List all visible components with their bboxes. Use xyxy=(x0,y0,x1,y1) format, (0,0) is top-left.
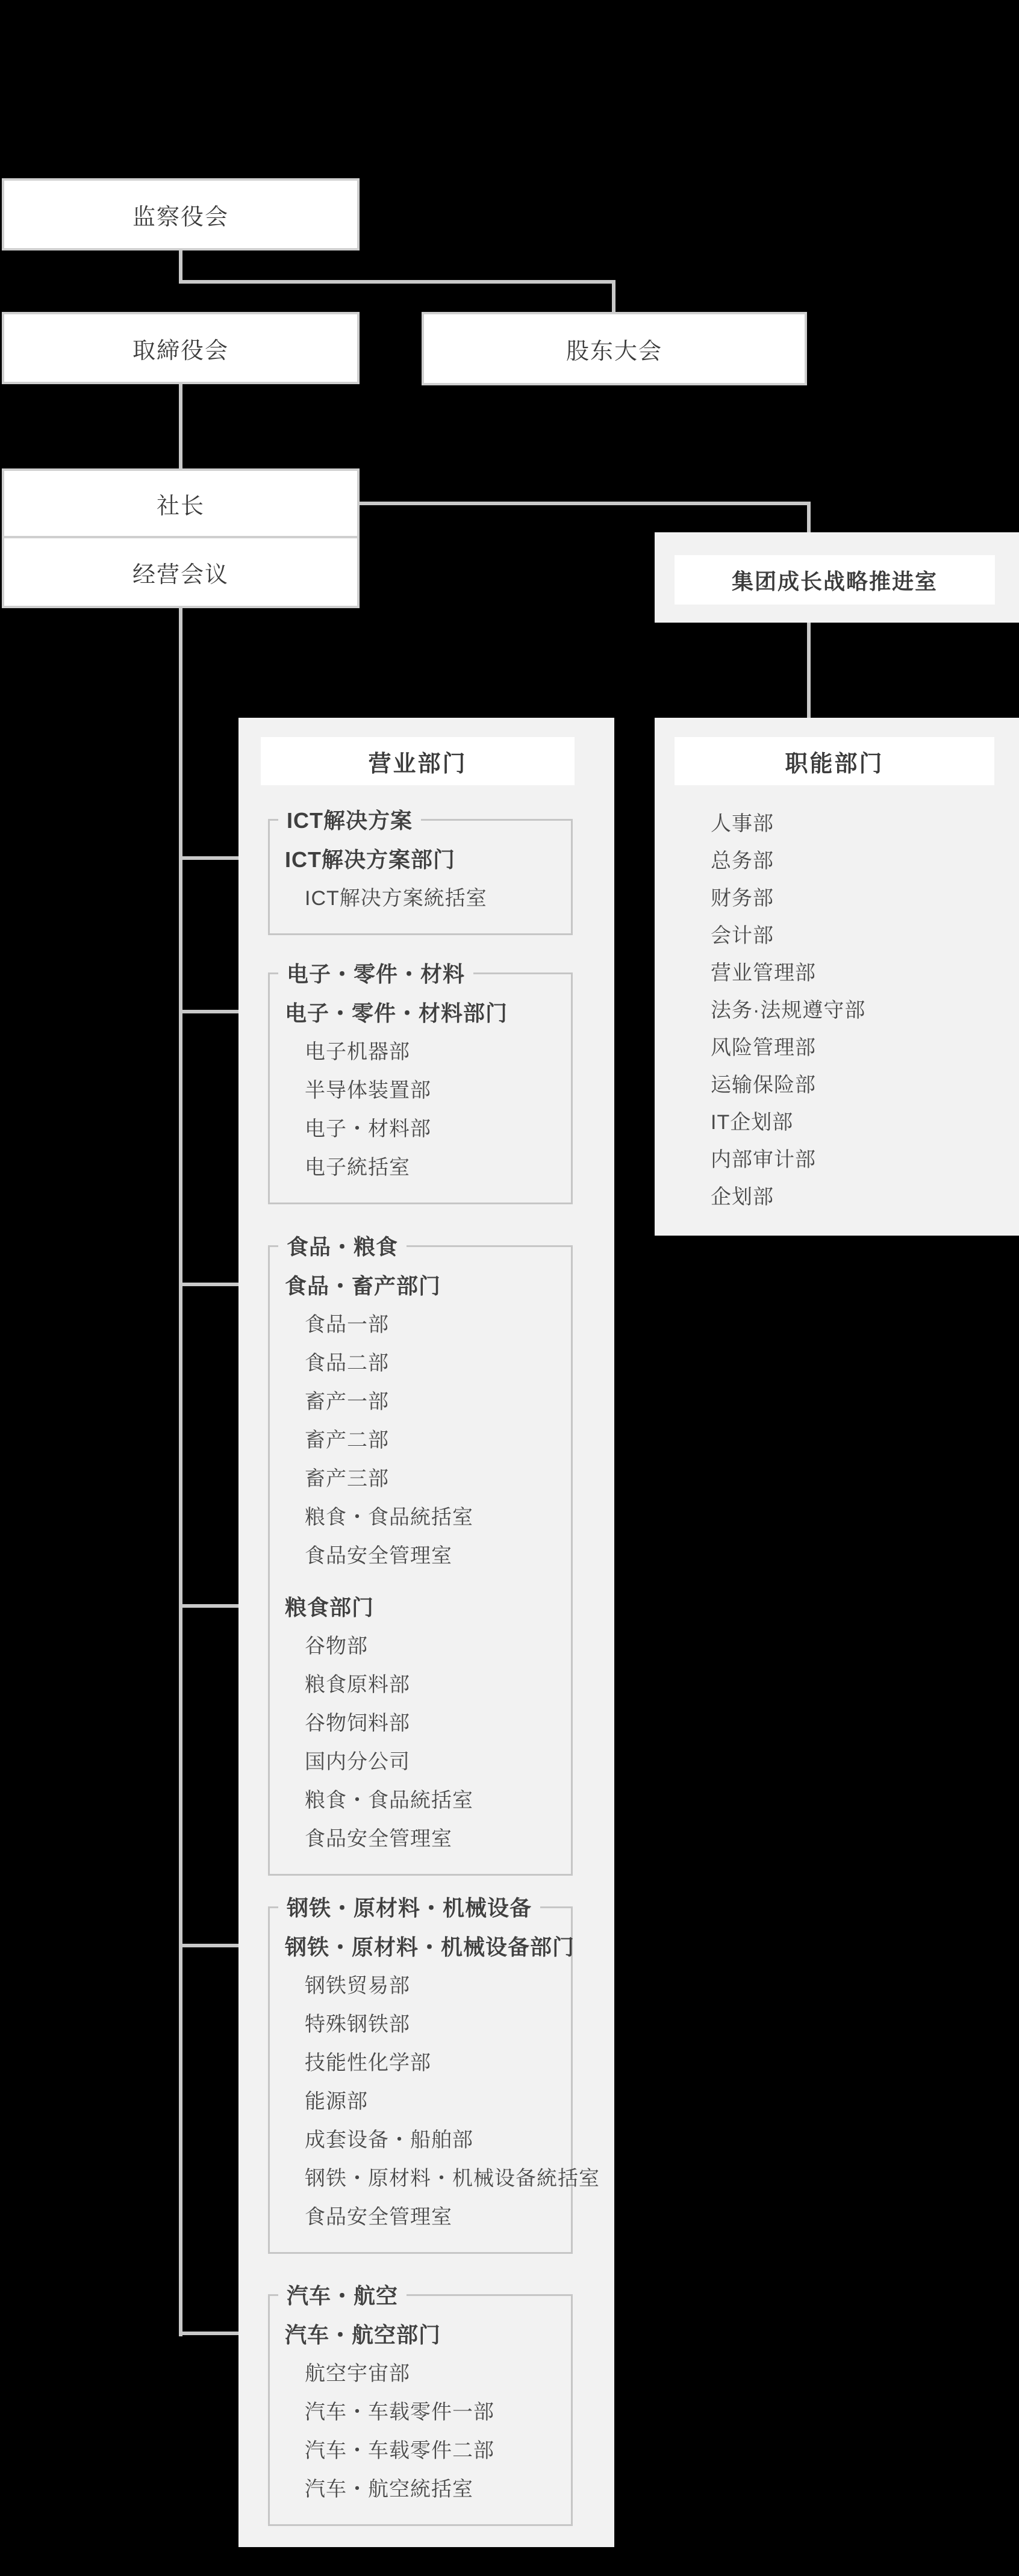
org-node-president: 社长 xyxy=(2,468,360,538)
org-dept-row: ICT解决方案部门 xyxy=(270,841,571,879)
functional-item: 内部审计部 xyxy=(711,1141,865,1178)
org-unit-row: 钢铁・原材料・机械设备統括室 xyxy=(270,2159,571,2198)
business-group-box: 钢铁・原材料・机械设备钢铁・原材料・机械设备部门钢铁贸易部特殊钢铁部技能性化学部… xyxy=(268,1906,573,2254)
org-node-label: 监察役会 xyxy=(132,198,229,231)
org-dept-row: 电子・零件・材料部门 xyxy=(270,994,571,1033)
business-group-box: 汽车・航空汽车・航空部门航空宇宙部汽车・车载零件一部汽车・车载零件二部汽车・航空… xyxy=(268,2294,573,2526)
connector-president-right xyxy=(358,502,811,505)
org-unit-row: 畜产三部 xyxy=(270,1460,571,1498)
org-unit-row: 谷物部 xyxy=(270,1627,571,1666)
org-dept-row: 粮食部门 xyxy=(270,1588,571,1627)
org-node-audit-board: 监察役会 xyxy=(2,178,360,250)
business-group-box: ICT解决方案ICT解决方案部门ICT解决方案統括室 xyxy=(268,819,573,935)
connector-audit-to-board xyxy=(179,248,182,282)
functional-item: IT企划部 xyxy=(711,1104,865,1141)
org-node-label: 社长 xyxy=(157,487,205,520)
org-unit-row: 特殊钢铁部 xyxy=(270,2005,571,2044)
org-unit-row: 食品二部 xyxy=(270,1344,571,1383)
org-unit-row: 航空宇宙部 xyxy=(270,2354,571,2393)
org-unit-row: 食品安全管理室 xyxy=(270,1820,571,1858)
org-unit-row: 电子机器部 xyxy=(270,1033,571,1071)
org-dept-row: 汽车・航空部门 xyxy=(270,2316,571,2354)
org-unit-row: ICT解决方案統括室 xyxy=(270,879,571,918)
functional-item: 财务部 xyxy=(711,880,865,917)
org-unit-row: 国内分公司 xyxy=(270,1743,571,1781)
sales-panel-header: 营业部门 xyxy=(261,737,575,785)
org-unit-row: 技能性化学部 xyxy=(270,2044,571,2082)
org-node-management-meeting: 经营会议 xyxy=(2,536,360,608)
functional-panel-title: 职能部门 xyxy=(785,745,883,778)
org-chart: 监察役会 取締役会 股东大会 社长 经营会议 集团成长战略推进室 营业部门 IC… xyxy=(0,0,1019,2576)
org-unit-row: 能源部 xyxy=(270,2082,571,2121)
sales-departments-panel: 营业部门 ICT解决方案ICT解决方案部门ICT解决方案統括室电子・零件・材料电… xyxy=(238,718,614,2547)
org-node-shareholders-meeting: 股东大会 xyxy=(422,312,807,385)
org-node-label: 取締役会 xyxy=(132,332,229,365)
functional-item: 总务部 xyxy=(711,842,865,880)
functional-item: 法务·法规遵守部 xyxy=(711,992,865,1029)
business-group-label: 汽车・航空 xyxy=(278,2283,407,2309)
org-node-label: 经营会议 xyxy=(132,556,229,589)
org-unit-row: 食品一部 xyxy=(270,1305,571,1344)
org-node-directors-board: 取締役会 xyxy=(2,312,360,384)
functional-item: 风险管理部 xyxy=(711,1029,865,1066)
sales-panel-title: 营业部门 xyxy=(368,745,467,778)
functional-item: 会计部 xyxy=(711,917,865,954)
org-unit-row: 畜产二部 xyxy=(270,1421,571,1460)
business-group-label: 钢铁・原材料・机械设备 xyxy=(278,1896,540,1921)
org-unit-row: 谷物饲料部 xyxy=(270,1704,571,1743)
org-unit-row: 汽车・车载零件一部 xyxy=(270,2393,571,2431)
org-unit-row: 电子統括室 xyxy=(270,1148,571,1187)
functional-item: 运输保险部 xyxy=(711,1066,865,1104)
org-unit-row: 汽车・车载零件二部 xyxy=(270,2431,571,2470)
functional-item: 企划部 xyxy=(711,1178,865,1216)
business-group-label: ICT解决方案 xyxy=(278,808,421,833)
connector-trunk xyxy=(179,607,182,2336)
org-unit-row: 畜产一部 xyxy=(270,1383,571,1421)
functional-item: 人事部 xyxy=(711,805,865,842)
org-unit-row: 电子・材料部 xyxy=(270,1110,571,1148)
org-unit-row: 食品安全管理室 xyxy=(270,1537,571,1575)
org-unit-row: 汽车・航空統括室 xyxy=(270,2470,571,2509)
group-growth-panel: 集团成长战略推进室 xyxy=(655,532,1019,623)
connector-drop-shareholders xyxy=(612,280,615,313)
business-group-box: 食品・粮食食品・畜产部门食品一部食品二部畜产一部畜产二部畜产三部粮食・食品統括室… xyxy=(268,1245,573,1876)
org-unit-row: 粮食・食品統括室 xyxy=(270,1781,571,1820)
business-group-label: 电子・零件・材料 xyxy=(278,962,473,987)
org-unit-row: 半导体装置部 xyxy=(270,1071,571,1110)
functional-item: 营业管理部 xyxy=(711,954,865,992)
org-node-label: 集团成长战略推进室 xyxy=(732,565,938,596)
business-group-box: 电子・零件・材料电子・零件・材料部门电子机器部半导体装置部电子・材料部电子統括室 xyxy=(268,972,573,1204)
org-dept-row: 食品・畜产部门 xyxy=(270,1267,571,1305)
functional-panel-header: 职能部门 xyxy=(675,737,994,785)
org-node-group-growth-office: 集团成长战略推进室 xyxy=(675,555,995,605)
connector-board-to-president xyxy=(179,383,182,470)
org-unit-row: 粮食原料部 xyxy=(270,1666,571,1704)
org-dept-row: 钢铁・原材料・机械设备部门 xyxy=(270,1928,571,1967)
functional-items-list: 人事部总务部财务部会计部营业管理部法务·法规遵守部风险管理部运输保险部IT企划部… xyxy=(711,805,865,1216)
org-unit-row: 成套设备・船舶部 xyxy=(270,2121,571,2159)
business-group-label: 食品・粮食 xyxy=(278,1234,407,1260)
org-unit-row: 食品安全管理室 xyxy=(270,2198,571,2236)
functional-departments-panel: 职能部门 人事部总务部财务部会计部营业管理部法务·法规遵守部风险管理部运输保险部… xyxy=(655,718,1019,1236)
org-unit-row: 粮食・食品統括室 xyxy=(270,1498,571,1537)
connector-branch-horizontal xyxy=(179,280,615,284)
org-node-label: 股东大会 xyxy=(566,332,662,366)
org-unit-row: 钢铁贸易部 xyxy=(270,1967,571,2005)
